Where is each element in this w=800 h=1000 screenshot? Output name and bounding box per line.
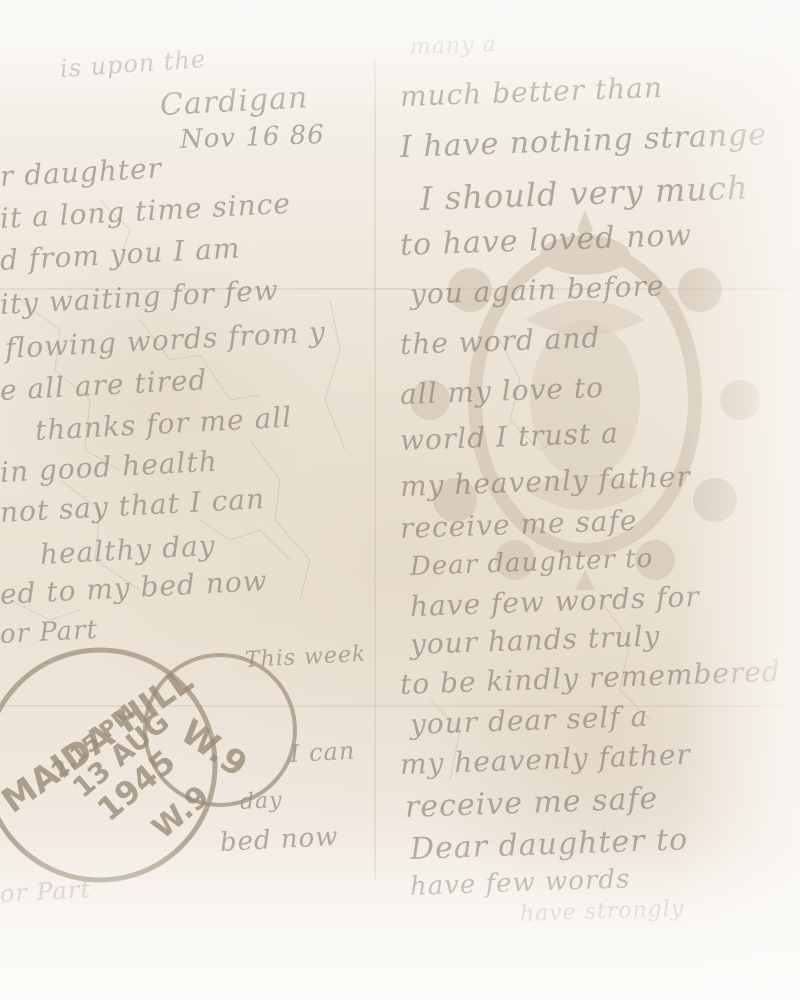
letter-date: Nov 16 86 (179, 120, 325, 155)
letter-line: the word and (399, 321, 600, 361)
column-rule (374, 60, 376, 880)
vintage-paper-background: is upon the Cardigan Nov 16 86 r daughte… (0, 0, 800, 1000)
bottom-fade (0, 840, 800, 1000)
